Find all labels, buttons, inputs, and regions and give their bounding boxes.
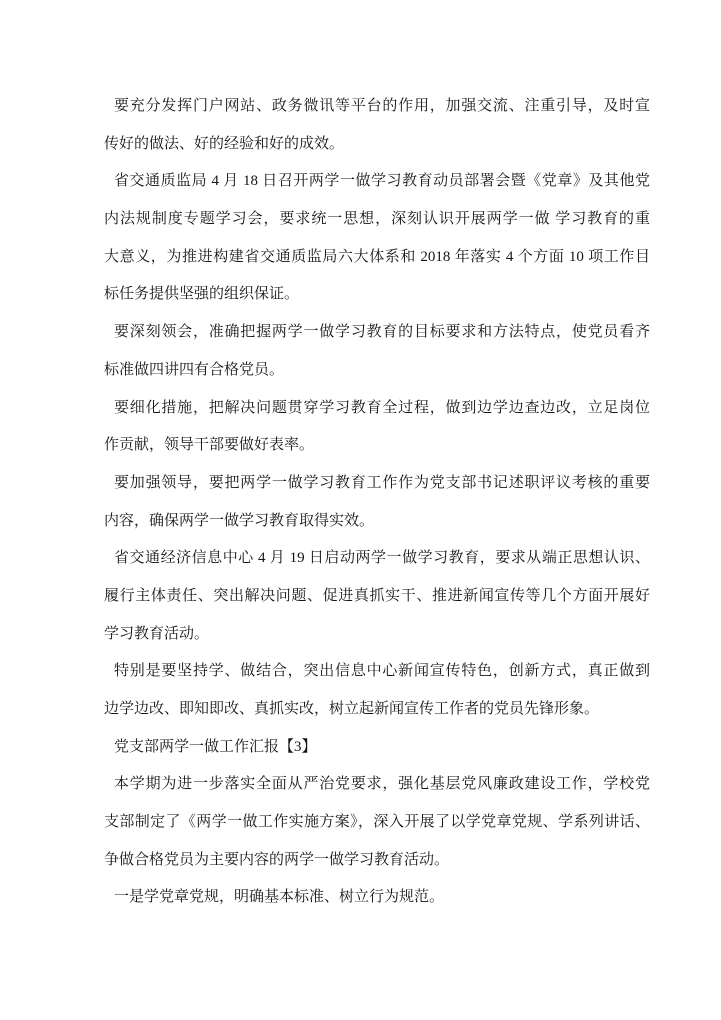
text-line: 一是学党章党规，明确基本标准、树立行为规范。 [104,879,650,917]
text-line: 作贡献，领导干部要做好表率。 [104,427,650,465]
text-line: 要加强领导，要把两学一做学习教育工作作为党支部书记述职评议考核的重要 [104,465,650,503]
text-line: 争做合格党员为主要内容的两学一做学习教育活动。 [104,842,650,880]
text-line: 学习教育活动。 [104,616,650,654]
text-line: 标任务提供坚强的组织保证。 [104,276,650,314]
text-line: 履行主体责任、突出解决问题、促进真抓实干、推进新闻宣传等几个方面开展好 [104,578,650,616]
text-line: 特别是要坚持学、做结合，突出信息中心新闻宣传特色，创新方式，真正做到 [104,653,650,691]
text-line: 支部制定了《两学一做工作实施方案》，深入开展了以学党章党规、学系列讲话、 [104,804,650,842]
paragraph: 省交通经济信息中心 4 月 19 日启动两学一做学习教育，要求从端正思想认识、 … [104,540,650,653]
text-line: 大意义，为推进构建省交通质监局六大体系和 2018 年落实 4 个方面 10 项… [104,239,650,277]
text-line: 省交通质监局 4 月 18 日召开两学一做学习教育动员部署会暨《党章》及其他党 [104,163,650,201]
paragraph: 一是学党章党规，明确基本标准、树立行为规范。 [104,879,650,917]
text-line: 边学边改、即知即改、真抓实改，树立起新闻宣传工作者的党员先锋形象。 [104,691,650,729]
paragraph: 省交通质监局 4 月 18 日召开两学一做学习教育动员部署会暨《党章》及其他党 … [104,163,650,314]
paragraph: 要充分发挥门户网站、政务微讯等平台的作用，加强交流、注重引导，及时宣 传好的做法… [104,88,650,163]
text-line: 省交通经济信息中心 4 月 19 日启动两学一做学习教育，要求从端正思想认识、 [104,540,650,578]
paragraph: 特别是要坚持学、做结合，突出信息中心新闻宣传特色，创新方式，真正做到 边学边改、… [104,653,650,728]
text-line: 要细化措施，把解决问题贯穿学习教育全过程，做到边学边查边改，立足岗位 [104,390,650,428]
paragraph: 要加强领导，要把两学一做学习教育工作作为党支部书记述职评议考核的重要 内容，确保… [104,465,650,540]
text-line: 本学期为进一步落实全面从严治党要求，强化基层党风廉政建设工作，学校党 [104,766,650,804]
text-line: 标准做四讲四有合格党员。 [104,352,650,390]
paragraph: 本学期为进一步落实全面从严治党要求，强化基层党风廉政建设工作，学校党 支部制定了… [104,766,650,879]
paragraph: 要深刻领会，准确把握两学一做学习教育的目标要求和方法特点，使党员看齐 标准做四讲… [104,314,650,389]
paragraph: 党支部两学一做工作汇报【3】 [104,729,650,767]
document-page: 要充分发挥门户网站、政务微讯等平台的作用，加强交流、注重引导，及时宣 传好的做法… [0,0,721,1020]
paragraph: 要细化措施，把解决问题贯穿学习教育全过程，做到边学边查边改，立足岗位 作贡献，领… [104,390,650,465]
text-line: 传好的做法、好的经验和好的成效。 [104,126,650,164]
text-line: 要深刻领会，准确把握两学一做学习教育的目标要求和方法特点，使党员看齐 [104,314,650,352]
text-line: 要充分发挥门户网站、政务微讯等平台的作用，加强交流、注重引导，及时宣 [104,88,650,126]
text-line: 内容，确保两学一做学习教育取得实效。 [104,503,650,541]
section-heading: 党支部两学一做工作汇报【3】 [104,729,650,767]
text-line: 内法规制度专题学习会，要求统一思想，深刻认识开展两学一做 学习教育的重 [104,201,650,239]
